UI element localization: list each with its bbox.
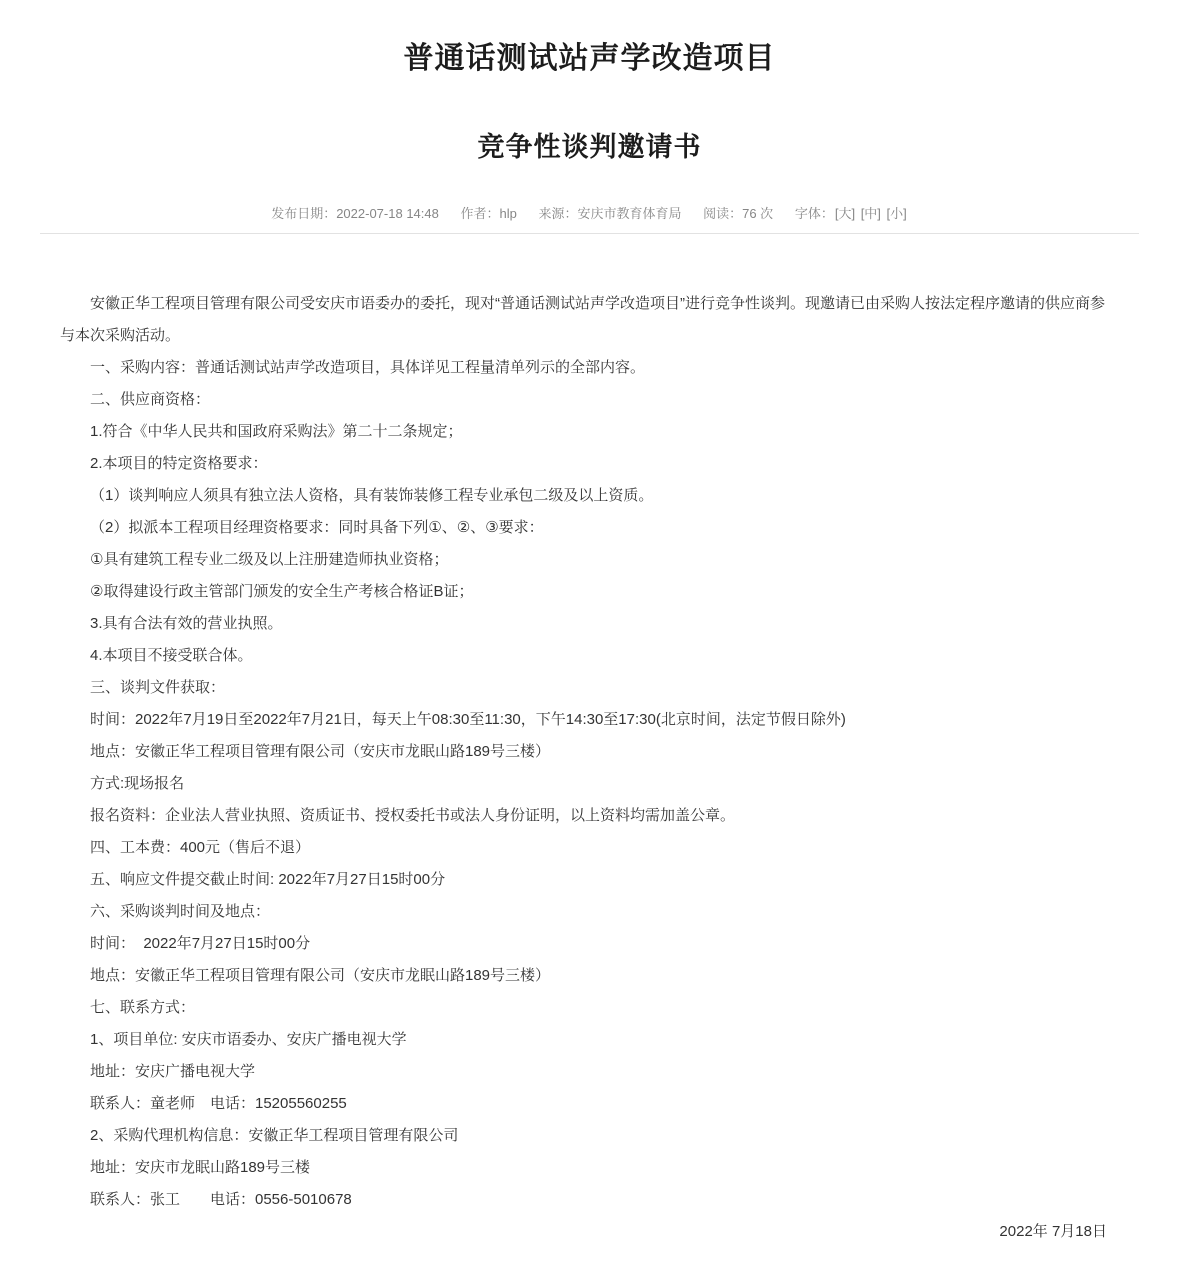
paragraph-section-5: 五、响应文件提交截止时间: 2022年7月27日15时00分 (60, 864, 1113, 896)
paragraph-section-7: 七、联系方式： (60, 992, 1113, 1024)
paragraph-section-6: 六、采购谈判时间及地点： (60, 896, 1113, 928)
document-header: 普通话测试站声学改造项目 竞争性谈判邀请书 发布日期：2022-07-18 14… (0, 0, 1179, 221)
source: 来源：安庆市教育体育局 (538, 206, 681, 221)
paragraph-doc-method: 方式:现场报名 (60, 768, 1113, 800)
paragraph-section-1: 一、采购内容：普通话测试站声学改造项目，具体详见工程量清单列示的全部内容。 (60, 352, 1113, 384)
paragraph-requirement-circled-2: ②取得建设行政主管部门颁发的安全生产考核合格证B证； (60, 576, 1113, 608)
paragraph-section-2: 二、供应商资格： (60, 384, 1113, 416)
view-count: 阅读：76 次 (703, 206, 773, 221)
paragraph-requirement-circled-1: ①具有建筑工程专业二级及以上注册建造师执业资格； (60, 544, 1113, 576)
paragraph-qualification-4: 4.本项目不接受联合体。 (60, 640, 1113, 672)
header-divider (40, 233, 1139, 234)
paragraph-agency-info: 2、采购代理机构信息：安徽正华工程项目管理有限公司 (60, 1120, 1113, 1152)
paragraph-negotiation-time: 时间： 2022年7月27日15时00分 (60, 928, 1113, 960)
font-size-medium-button[interactable]: [中] (861, 206, 881, 221)
author: 作者：hlp (460, 206, 516, 221)
publish-date: 发布日期：2022-07-18 14:48 (271, 206, 439, 221)
paragraph-project-unit-address: 地址：安庆广播电视大学 (60, 1056, 1113, 1088)
paragraph-qualification-2-2: （2）拟派本工程项目经理资格要求：同时具备下列①、②、③要求： (60, 512, 1113, 544)
font-size-controls: 字体：[大] [中] [小] (795, 206, 908, 221)
paragraph-section-4: 四、工本费：400元（售后不退） (60, 832, 1113, 864)
paragraph-project-unit: 1、项目单位: 安庆市语委办、安庆广播电视大学 (60, 1024, 1113, 1056)
font-size-small-button[interactable]: [小] (887, 206, 907, 221)
paragraph-qualification-1: 1.符合《中华人民共和国政府采购法》第二十二条规定； (60, 416, 1113, 448)
document-body: 安徽正华工程项目管理有限公司受安庆市语委办的委托，现对“普通话测试站声学改造项目… (60, 288, 1113, 1248)
paragraph-agency-contact: 联系人：张工 电话：0556-5010678 (60, 1184, 1113, 1216)
paragraph-registration-materials: 报名资料：企业法人营业执照、资质证书、授权委托书或法人身份证明，以上资料均需加盖… (60, 800, 1113, 832)
paragraph-qualification-2: 2.本项目的特定资格要求： (60, 448, 1113, 480)
paragraph-qualification-2-1: （1）谈判响应人须具有独立法人资格，具有装饰装修工程专业承包二级及以上资质。 (60, 480, 1113, 512)
page-subtitle: 竞争性谈判邀请书 (0, 130, 1179, 164)
signature-date: 2022年 7月18日 (60, 1216, 1113, 1248)
paragraph-negotiation-location: 地点：安徽正华工程项目管理有限公司（安庆市龙眠山路189号三楼） (60, 960, 1113, 992)
paragraph-doc-location: 地点：安徽正华工程项目管理有限公司（安庆市龙眠山路189号三楼） (60, 736, 1113, 768)
paragraph-intro: 安徽正华工程项目管理有限公司受安庆市语委办的委托，现对“普通话测试站声学改造项目… (60, 288, 1113, 352)
paragraph-project-unit-contact: 联系人：童老师 电话：15205560255 (60, 1088, 1113, 1120)
font-size-label: 字体： (795, 206, 834, 221)
paragraph-agency-address: 地址：安庆市龙眠山路189号三楼 (60, 1152, 1113, 1184)
article-meta: 发布日期：2022-07-18 14:48 作者：hlp 来源：安庆市教育体育局… (0, 206, 1179, 221)
article-page: 普通话测试站声学改造项目 竞争性谈判邀请书 发布日期：2022-07-18 14… (0, 0, 1179, 1264)
paragraph-doc-time: 时间：2022年7月19日至2022年7月21日，每天上午08:30至11:30… (60, 704, 1113, 736)
paragraph-section-3: 三、谈判文件获取： (60, 672, 1113, 704)
font-size-large-button[interactable]: [大] (835, 206, 855, 221)
paragraph-qualification-3: 3.具有合法有效的营业执照。 (60, 608, 1113, 640)
page-title: 普通话测试站声学改造项目 (0, 40, 1179, 78)
